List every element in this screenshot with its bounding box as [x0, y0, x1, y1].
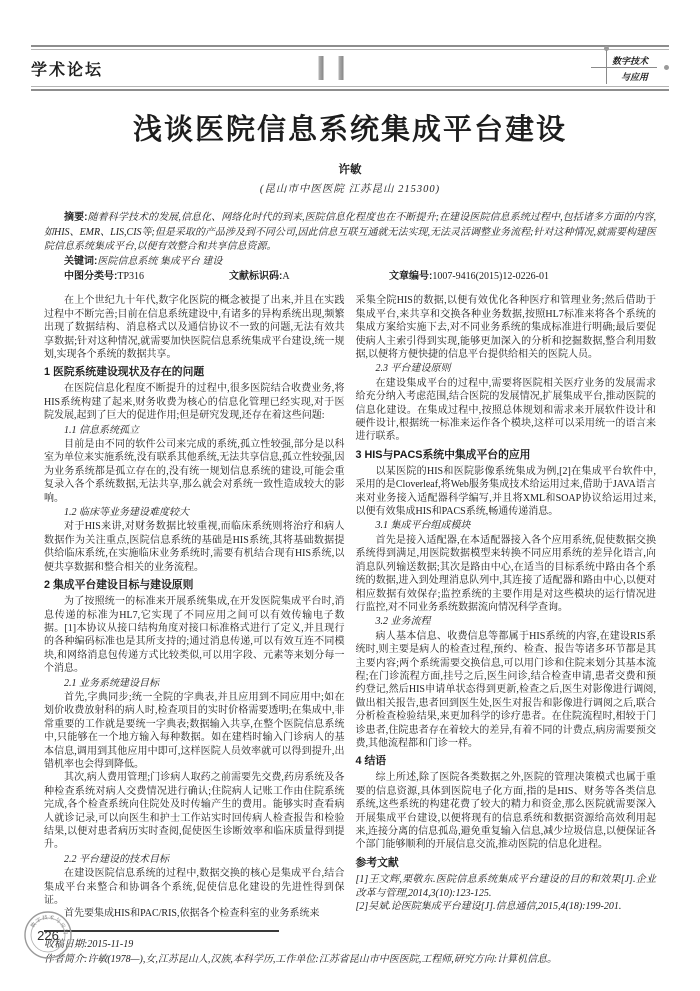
paragraph: 首先要集成HIS和PAC/RIS,依据各个检查科室的业务系统来 [44, 907, 345, 920]
paragraph: 病人基本信息、收费信息等都属于HIS系统的内容,在建设RIS系统时,则主要是病人… [356, 630, 657, 751]
left-column: 在上个世纪九十年代,数字化医院的概念被提了出来,并且在实践过程中不断完善;目前在… [44, 294, 345, 920]
abstract-text: 随着科学技术的发展,信息化、网络化时代的到来,医院信息化程度也在不断提升;在建设… [44, 212, 656, 252]
paragraph: 目前是由不同的软件公司来完成的系统,孤立性较强,部分是以科室为单位来实施系统,没… [44, 438, 345, 505]
paragraph: 首先是接入适配器,在本适配器接入各个应用系统,促使数据交换系统得到满足,用医院数… [356, 534, 657, 614]
page-number-stamp: 数字技术与应用 226 [23, 910, 73, 965]
paragraph: 首先,字典同步;统一全院的字典表,并且应用到不同应用中;如在划价收费放射科的病人… [44, 691, 345, 771]
paragraph: 以某医院的HIS和医院影像系统集成为例,[2]在集成平台软件中,采用的是Clov… [356, 465, 657, 519]
subsection-heading: 3.2 业务流程 [356, 615, 657, 628]
section-heading: 2 集成平台建设目标与建设原则 [44, 578, 345, 592]
section-heading: 4 结语 [356, 754, 657, 768]
section-label: 学术论坛 [31, 57, 103, 80]
logo-dot-icon [664, 65, 669, 70]
header-bottom-rule [31, 86, 669, 91]
received-date: 收稿日期:2015-11-19 [44, 937, 656, 952]
paragraph: 其次,病人费用管理;门诊病人取药之前需要先交费,药房系统及各种检查系统对病人交费… [44, 771, 345, 851]
abstract-label: 摘要: [64, 212, 88, 223]
article-affiliation: (昆山市中医医院 江苏昆山 215300) [0, 181, 700, 196]
page-number: 226 [37, 928, 59, 943]
page-header: 学术论坛 数字技术 与应用 [31, 45, 669, 91]
section-heading: 1 医院系统建设现状及存在的问题 [44, 365, 345, 379]
paragraph: 为了按照统一的标准来开展系统集成,在开发医院集成平台时,消息传递的标准为HL7,… [44, 595, 345, 675]
section-heading: 3 HIS与PACS系统中集成平台的应用 [356, 448, 657, 462]
subsection-heading: 2.1 业务系统建设目标 [44, 677, 345, 690]
paragraph: 在建设医院信息系统的过程中,数据交换的核心是集成平台,结合集成平台来整合和协调各… [44, 867, 345, 907]
doc-code-label: 文献标识码: [229, 271, 282, 282]
footnote-rule [44, 930, 279, 932]
keywords-label: 关键词: [64, 256, 97, 267]
paragraph: 在上个世纪九十年代,数字化医院的概念被提了出来,并且在实践过程中不断完善;目前在… [44, 294, 345, 361]
clc-segment: 中图分类号:TP316 [64, 269, 229, 285]
article-no-segment: 文章编号:1007-9416(2015)12-0226-01 [389, 269, 549, 285]
keywords-text: 医院信息系统 集成平台 建设 [97, 256, 222, 267]
classification-line: 中图分类号:TP316 文献标识码:A 文章编号:1007-9416(2015)… [44, 269, 656, 285]
article-no-label: 文章编号: [389, 271, 432, 282]
keywords-line: 关键词:医院信息系统 集成平台 建设 [44, 255, 656, 270]
article-author: 许敏 [0, 161, 700, 177]
paragraph: 在医院信息化程度不断提升的过程中,很多医院结合收费业务,将HIS系统构建了起来,… [44, 382, 345, 422]
subsection-heading: 1.2 临床等业务建设难度较大 [44, 506, 345, 519]
paragraph: 综上所述,除了医院各类数据之外,医院的管理决策模式也属于重要的信息资源,具体到医… [356, 771, 657, 851]
section-heading: 参考文献 [356, 856, 657, 870]
journal-page: 学术论坛 数字技术 与应用 浅谈医院信息系统集成平台建设 许敏 (昆山市中医医院… [0, 0, 700, 991]
footnote-area: 收稿日期:2015-11-19 作者简介:许敏(1978—),女,江苏昆山人,汉… [44, 930, 656, 967]
paragraph: 在建设集成平台的过程中,需要将医院相关医疗业务的发展需求给充分纳入考虑范围,结合… [356, 377, 657, 444]
journal-name-line2: 与应用 [621, 70, 648, 83]
journal-logo: 数字技术 与应用 [591, 52, 669, 84]
clc-label: 中图分类号: [64, 271, 117, 282]
stamp-icon: 数字技术与应用 226 [23, 910, 73, 960]
reference-item: [1]王文辉,栗敬东.医院信息系统集成平台建设的目的和效果[J].企业改革与管理… [356, 873, 657, 901]
paragraph: 对于HIS来讲,对财务数据比较重视,而临床系统则将治疗和病人数据作为关注重点,医… [44, 520, 345, 574]
subsection-heading: 3.1 集成平台组成模块 [356, 519, 657, 532]
reference-item: [2]吴斌.论医院集成平台建设[J].信息通信,2015,4(18):199-2… [356, 900, 657, 914]
subsection-heading: 1.1 信息系统孤立 [44, 424, 345, 437]
logo-hline [591, 67, 657, 68]
doc-code-segment: 文献标识码:A [229, 269, 389, 285]
article-no-value: 1007-9416(2015)12-0226-01 [432, 271, 549, 282]
article-title: 浅谈医院信息系统集成平台建设 [0, 107, 700, 148]
article-body: 在上个世纪九十年代,数字化医院的概念被提了出来,并且在实践过程中不断完善;目前在… [44, 294, 656, 920]
right-column: 采集全院HIS的数据,以便有效优化各种医疗和管理业务;然后借助于集成平台,来共享… [356, 294, 657, 920]
abstract-paragraph: 摘要:随着科学技术的发展,信息化、网络化时代的到来,医院信息化程度也在不断提升;… [44, 211, 656, 255]
subsection-heading: 2.3 平台建设原则 [356, 362, 657, 375]
subsection-heading: 2.2 平台建设的技术目标 [44, 853, 345, 866]
doc-code-value: A [282, 271, 289, 282]
clc-value: TP316 [117, 271, 144, 282]
journal-name-line1: 数字技术 [612, 54, 648, 67]
author-bio: 作者简介:许敏(1978—),女,江苏昆山人,汉族,本科学历,工作单位:江苏省昆… [44, 952, 656, 967]
paragraph-continuation: 采集全院HIS的数据,以便有效优化各种医疗和管理业务;然后借助于集成平台,来共享… [356, 294, 657, 361]
header-divider-bars-icon [318, 56, 343, 80]
